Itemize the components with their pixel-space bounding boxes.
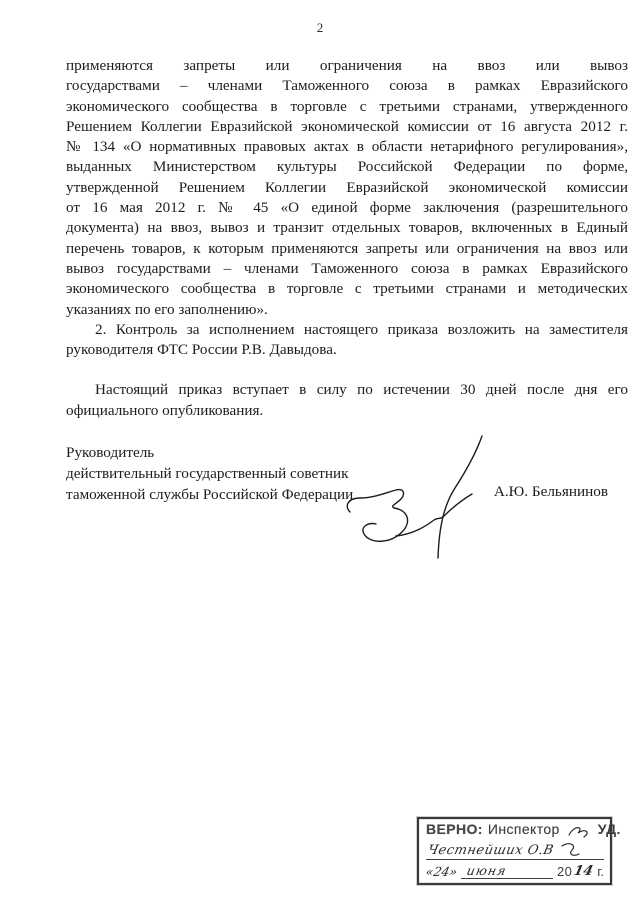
paragraph-2: 2. Контроль за исполнением настоящего пр… [66,320,628,361]
stamp-date-month: июня [466,863,509,878]
text-line: руководителя ФТС России Р.В. Давыдова. [66,340,628,360]
certification-stamp: ВЕРНО: Инспектор УД. Честнейших О.В «24»… [417,817,612,885]
stamp-department-label: УД. [598,821,621,837]
document-body: применяются запреты или ограничения на в… [66,56,628,421]
stamp-year-prefix: 20 [557,864,572,879]
stamp-date-row: «24» июня 2014 г. [426,860,604,880]
text-line: документа) на ввоз, вывоз и транзит отде… [66,218,628,238]
text-line: 2. Контроль за исполнением настоящего пр… [66,320,628,340]
text-line: Настоящий приказ вступает в силу по исте… [66,380,628,400]
text-line: экономического сообщества в торговле с т… [66,97,628,117]
paragraph-1: применяются запреты или ограничения на в… [66,56,628,320]
signer-title-line: действительный государственный советник [66,463,353,484]
stamp-year-handwritten: 14 [573,863,595,879]
stamp-date-month-line: июня [461,863,553,879]
text-line: выданных Министерством культуры Российск… [66,157,628,177]
stamp-role-label: Инспектор [488,821,560,837]
text-line: экономического сообщества в торговле с т… [66,279,628,299]
signature-flourish-icon [559,842,581,858]
text-line: официального опубликования. [66,401,628,421]
pen-flourish-icon [567,821,593,839]
signer-name: А.Ю. Бельянинов [0,483,608,501]
handwritten-signature-icon [338,430,493,570]
text-line: указаниях по его заполнению». [66,300,628,320]
text-line: утвержденной Решением Коллегии Евразийск… [66,178,628,198]
page-number: 2 [0,20,640,36]
text-line: № 134 «О нормативных правовых актах в об… [66,137,628,157]
stamp-certify-label: ВЕРНО: [426,821,483,837]
text-line: применяются запреты или ограничения на в… [66,56,628,76]
text-line: Решением Коллегии Евразийской экономичес… [66,117,628,137]
stamp-header-row: ВЕРНО: Инспектор УД. [426,821,604,839]
text-line: перечень товаров, к которым применяются … [66,239,628,259]
signer-title-line: Руководитель [66,442,353,463]
text-line: от 16 мая 2012 г. № 45 «О единой форме з… [66,198,628,218]
stamp-year-suffix: г. [597,864,604,879]
text-line: государствами – членами Таможенного союз… [66,76,628,96]
text-line: вывоз государствами – членами Таможенног… [66,259,628,279]
stamp-date-day: «24» [424,864,458,879]
stamp-name-row: Честнейших О.В [426,839,604,860]
document-page: 2 применяются запреты или ограничения на… [0,0,640,905]
stamp-handwritten-name: Честнейших О.В [426,843,555,858]
paragraph-3: Настоящий приказ вступает в силу по исте… [66,380,628,421]
